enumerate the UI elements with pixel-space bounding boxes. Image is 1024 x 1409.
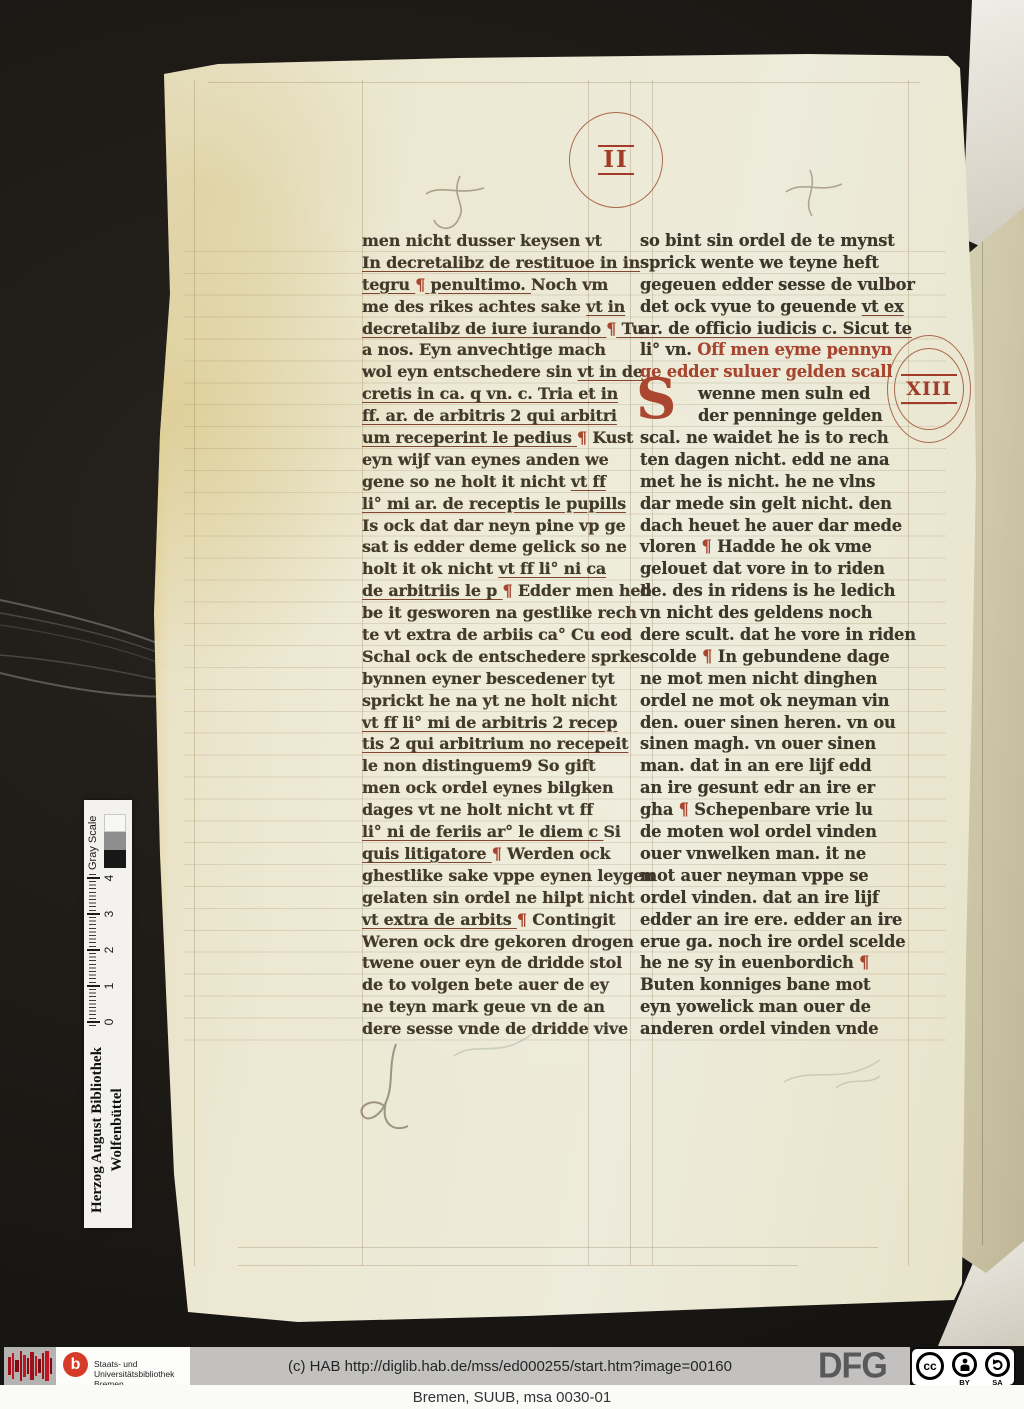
barcode-bar <box>23 1355 26 1377</box>
manuscript-text-line: a nos. Eyn anvechtige mach <box>362 339 630 361</box>
cc-circle-icon: cc <box>916 1352 944 1380</box>
manuscript-text-line: men ock ordel eynes bilgken <box>362 777 630 799</box>
centimeter-ruler: 01234 <box>84 874 132 1026</box>
manuscript-text-line: twene ouer eyn de dridde stol <box>362 952 630 974</box>
copyright-bar: (c) HAB http://diglib.hab.de/mss/ed00025… <box>190 1347 910 1385</box>
shelfmark-text: Bremen, SUUB, msa 0030-01 <box>413 1389 611 1406</box>
manuscript-text-line: edder an ire ere. edder an ire <box>640 909 912 931</box>
manuscript-text-line: gelouet dat vore in to riden <box>640 558 912 580</box>
manuscript-text-line: tegru ¶ penultimo. Noch vm <box>362 274 630 296</box>
barcode-bar <box>38 1359 41 1373</box>
creative-commons-badge: cc BY SA <box>910 1347 1016 1387</box>
ruler-major-tick <box>87 878 100 880</box>
manuscript-text-line: an ire gesunt edr an ire er <box>640 777 912 799</box>
manuscript-text-line: wenne men suln ed <box>640 383 912 405</box>
manuscript-text-line: vt extra de arbits ¶ Contingit <box>362 909 630 931</box>
manuscript-text-line: eyn yowelick man ouer de <box>640 996 912 1018</box>
manuscript-text-line: Buten konniges bane mot <box>640 974 912 996</box>
manuscript-text-line: man. dat in an ere lijf edd <box>640 755 912 777</box>
manuscript-text-line: scal. ne waidet he is to rech <box>640 427 912 449</box>
manuscript-text-line: li° ni de feriis ar° le diem c Si <box>362 821 630 843</box>
barcode-bar <box>35 1356 37 1376</box>
barcode-bar <box>15 1360 19 1372</box>
ruler-major-tick <box>87 1022 100 1024</box>
cc-by-icon: BY <box>952 1352 977 1387</box>
manuscript-text-line: erue ga. noch ire ordel scelde <box>640 931 912 953</box>
page-edge-line <box>982 235 983 1245</box>
barcode-bar <box>30 1352 34 1380</box>
manuscript-text-line: dar mede sin gelt nicht. den <box>640 493 912 515</box>
manuscript-text-line: mot auer neyman vppe se <box>640 865 912 887</box>
manuscript-text-line: In decretalibz de restituoe in in <box>362 252 630 274</box>
patch-gray <box>104 832 126 850</box>
manuscript-text-line: so bint sin ordel de te mynst <box>640 230 912 252</box>
grayscale-reference-strip: Herzog August Bibliothek Wolfenbüttel 01… <box>84 800 132 1228</box>
manuscript-text-line: anderen ordel vinden vnde <box>640 1018 912 1040</box>
manuscript-text-line: me des rikes achtes sake vt in <box>362 296 630 318</box>
ruler-tick-label: 2 <box>102 947 116 954</box>
cc-sa-icon: SA <box>985 1352 1010 1387</box>
page-holder-strap <box>0 555 240 745</box>
barcode-bar <box>50 1358 52 1374</box>
manuscript-text-line: de arbitriis le p ¶ Edder men heb <box>362 580 630 602</box>
barcode-bar <box>42 1353 44 1379</box>
dfg-logo: DFG <box>818 1345 887 1387</box>
ruler-major-tick <box>87 914 100 916</box>
manuscript-text-line: holt it ok nicht vt ff li° ni ca <box>362 558 630 580</box>
manuscript-text-line: ne teyn mark geue vn de an <box>362 996 630 1018</box>
share-alike-icon <box>985 1352 1010 1377</box>
manuscript-text-line: te vt extra de arbiis ca° Cu eod <box>362 624 630 646</box>
manuscript-text-line: ouer vnwelken man. it ne <box>640 843 912 865</box>
manuscript-text-line: ghestlike sake vppe eynen leygen <box>362 865 630 887</box>
manuscript-text-line: tis 2 qui arbitrium no recepeit <box>362 733 630 755</box>
ruling-line-top <box>208 82 920 83</box>
suub-barcode-logo <box>4 1347 56 1385</box>
suub-line1: Staats- und <box>94 1359 174 1369</box>
manuscript-text-line: vn nicht des geldens noch <box>640 602 912 624</box>
rubricated-initial: S <box>636 376 676 422</box>
gray-scale-label: Gray Scale <box>87 816 99 870</box>
ruler-tick-label: 3 <box>102 911 116 918</box>
manuscript-text-line: de. des in ridens is he ledich <box>640 580 912 602</box>
patch-white <box>104 814 126 832</box>
ruler-major-tick <box>87 950 100 952</box>
manuscript-text-line: met he is nicht. he ne vlns <box>640 471 912 493</box>
manuscript-text-line: um receperint le pedius ¶ Kust <box>362 427 630 449</box>
manuscript-text-line: vloren ¶ Hadde he ok vme <box>640 536 912 558</box>
manuscript-text-line: ff. ar. de arbitris 2 qui arbitri <box>362 405 630 427</box>
ruler-tick-label: 4 <box>102 875 116 882</box>
manuscript-text-line: dach heuet he auer dar mede <box>640 515 912 537</box>
manuscript-text-line: ordel vinden. dat an ire lijf <box>640 887 912 909</box>
manuscript-text-line: wol eyn entschedere sin vt in de <box>362 361 630 383</box>
manuscript-page: II XIII men nicht dusser keysen vtIn dec… <box>148 54 976 1334</box>
manuscript-text-line: dere sesse vnde de dridde vive <box>362 1018 630 1040</box>
manuscript-text-line: dages vt ne holt nicht vt ff <box>362 799 630 821</box>
library-name-line2: Wolfenbüttel <box>107 1034 127 1226</box>
manuscript-text-line: ne mot men nicht dinghen <box>640 668 912 690</box>
person-icon <box>952 1352 977 1377</box>
manuscript-text-line: quis litigatore ¶ Werden ock <box>362 843 630 865</box>
manuscript-text-line: Weren ock dre gekoren drogen <box>362 931 630 953</box>
manuscript-text-line: li° mi ar. de receptis le pupills <box>362 493 630 515</box>
barcode-bar <box>45 1351 49 1381</box>
manuscript-text-line: ten dagen nicht. edd ne ana <box>640 449 912 471</box>
barcode-bar <box>20 1351 22 1381</box>
manuscript-text-line: gene so ne holt it nicht vt ff <box>362 471 630 493</box>
manuscript-text-line: scolde ¶ In gebundene dage <box>640 646 912 668</box>
ruling-line-bottom <box>238 1265 798 1266</box>
gray-scale-patches <box>104 814 126 868</box>
manuscript-text-line: gha ¶ Schepenbare vrie lu <box>640 799 912 821</box>
manuscript-text-line: den. ouer sinen heren. vn ou <box>640 712 912 734</box>
copyright-text: (c) HAB http://diglib.hab.de/mss/ed00025… <box>190 1347 830 1385</box>
manuscript-text-line: sat is edder deme gelick so ne <box>362 536 630 558</box>
manuscript-text-line: gelaten sin ordel ne hilpt nicht <box>362 887 630 909</box>
ruling-line-bottom <box>238 1247 878 1248</box>
manuscript-text-line: Is ock dat dar neyn pine vp ge <box>362 515 630 537</box>
pen-flourish-icon <box>776 166 846 236</box>
manuscript-text-line: he ne sy in euenbordich ¶ <box>640 952 912 974</box>
manuscript-text-line: ordel ne mot ok neyman vin <box>640 690 912 712</box>
suub-b-icon: b <box>63 1352 88 1377</box>
folio-number-top: II <box>598 145 634 175</box>
manuscript-text-line: der penninge gelden <box>640 405 912 427</box>
manuscript-text-column-left: men nicht dusser keysen vtIn decretalibz… <box>362 230 630 1040</box>
shelfmark-strip: Bremen, SUUB, msa 0030-01 <box>0 1385 1024 1409</box>
manuscript-text-line: sinen magh. vn ouer sinen <box>640 733 912 755</box>
folio-circle-top: II <box>569 112 663 208</box>
digitized-manuscript-scan: II XIII men nicht dusser keysen vtIn dec… <box>0 0 1024 1409</box>
ruler-tick-label: 0 <box>102 1019 116 1026</box>
manuscript-text-line: de moten wol ordel vinden <box>640 821 912 843</box>
manuscript-text-line: decretalibz de iure iurando ¶ Tu <box>362 318 630 340</box>
manuscript-text-line: sprickt he na yt ne holt nicht <box>362 690 630 712</box>
manuscript-text-line: men nicht dusser keysen vt <box>362 230 630 252</box>
grayscale-strip-content: Herzog August Bibliothek Wolfenbüttel 01… <box>84 800 132 1228</box>
manuscript-text-line: de to volgen bete auer de ey <box>362 974 630 996</box>
manuscript-text-column-right: so bint sin ordel de te mynstsprick went… <box>640 230 912 1040</box>
ruler-major-tick <box>87 986 100 988</box>
manuscript-text-line: det ock vyue to geuende vt ex <box>640 296 912 318</box>
manuscript-text-line: cretis in ca. q vn. c. Tria et in <box>362 383 630 405</box>
manuscript-text-line: Schal ock de entschedere sprke <box>362 646 630 668</box>
manuscript-text-line: vt ff li° mi de arbitris 2 recep <box>362 712 630 734</box>
patch-black <box>104 850 126 868</box>
manuscript-text-line: gegeuen edder sesse de vulbor <box>640 274 912 296</box>
manuscript-text-line: ge edder suluer gelden scall <box>640 361 912 383</box>
pen-flourish-icon <box>356 1040 426 1136</box>
library-name-line1: Herzog August Bibliothek <box>87 1034 107 1226</box>
manuscript-text-line: be it gesworen na gestlike rech <box>362 602 630 624</box>
manuscript-text-line: le non distinguem9 So gift <box>362 755 630 777</box>
barcode-bar <box>27 1358 29 1374</box>
manuscript-text-line: li° vn. Off men eyme pennyn <box>640 339 912 361</box>
manuscript-text-line: sprick wente we teyne heft <box>640 252 912 274</box>
barcode-bar <box>12 1353 14 1379</box>
manuscript-text-line: ar. de officio iudicis c. Sicut te <box>640 318 912 340</box>
library-name-label: Herzog August Bibliothek Wolfenbüttel <box>87 1034 127 1226</box>
suub-line2: Universitätsbibliothek <box>94 1369 174 1379</box>
cc-icon: cc <box>916 1352 944 1380</box>
manuscript-text-line: eyn wijf van eynes anden we <box>362 449 630 471</box>
barcode-bar <box>8 1357 11 1375</box>
ruler-tick-label: 1 <box>102 983 116 990</box>
manuscript-text-line: dere scult. dat he vore in riden <box>640 624 912 646</box>
manuscript-text-line: bynnen eyner bescedener tyt <box>362 668 630 690</box>
pen-flourish-icon <box>776 1042 886 1102</box>
